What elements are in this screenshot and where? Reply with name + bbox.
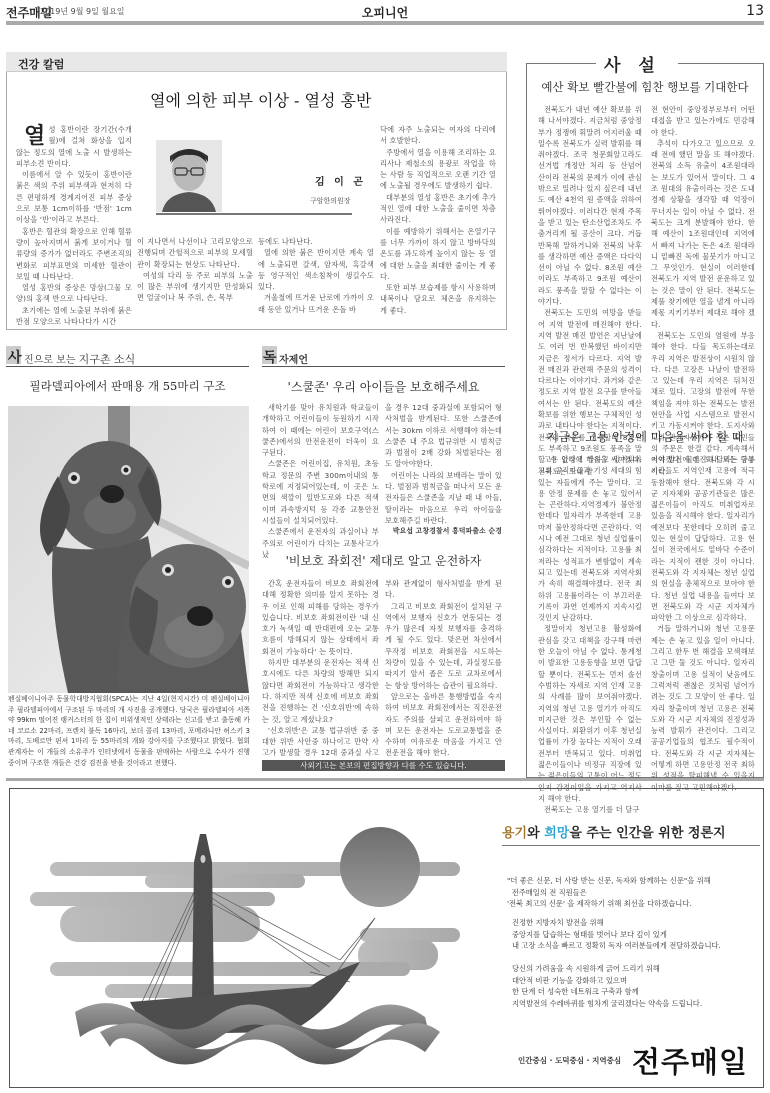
editorial-1-col1: 전북도가 내년 예산 확보를 위해 나서야겠다. 지금처럼 중앙정부가 정쟁에 … (538, 104, 642, 477)
paragraph: 등에도 나타난다. (258, 236, 374, 247)
paragraph: 부와 관계없이 형사처벌을 받게 된다. (385, 578, 502, 601)
paragraph: 고용 안정에 마음을 써야겠다. 고위 공직자들과 기성 세대의 힘있는 자들에… (538, 454, 642, 623)
paragraph: 전북도는 도민의 여망을 받들어 지역 발전에 매진해야 한다. 지역 발전 매… (538, 307, 642, 476)
editorial-1-col2: 전 현안이 중앙정부로부터 어떤 대접을 받고 있는가에도 민감해야 한다. 추… (651, 104, 755, 477)
ad-headline-hope: 희망 (544, 826, 569, 841)
reader-column-label: 자제언 (279, 351, 308, 366)
ad-divider (502, 845, 760, 846)
contributor-disclaimer: 사외기고는 본보의 편집방향과 다를 수도 있습니다. (262, 760, 505, 771)
photo-news-divider (6, 366, 249, 367)
paragraph: 앞으로는 올바른 통행방법을 숙지하여 비보호 좌회전에서는 직진운전자도 주의… (385, 691, 502, 759)
photo-news-label-initial: 사 (8, 347, 22, 367)
editorial-title-2[interactable]: 지금은 고용 안정에 마음을 써야 할 때 (526, 428, 764, 445)
ad-paragraph-2: 진정한 지방자치 발전을 위해 중앙지를 답습하는 형태를 벗어나 보다 깊이 … (512, 917, 770, 952)
paragraph: 또한 피부 보습제를 항시 사용하며 내복이나 담요로 체온을 유지하는 게 좋… (380, 282, 496, 316)
editorial-2-col2: 어야겠다. 물론 도내 모든 공공기관들도 지역인재 고용에 적극 동참해야 한… (651, 454, 755, 793)
byline: 박요섭 고창경찰서 흥덕파출소 순경 (385, 526, 502, 537)
editorial-top-rule-right (678, 63, 764, 64)
ad-line: 중앙지를 답습하는 형태를 벗어나 보다 깊이 있게 (512, 929, 770, 941)
ad-line: 당신의 가려움을 속 시원하게 긁어 드리기 위해 (512, 963, 770, 975)
health-column-text-col3: 등에도 나타난다. 열에 의한 붉은 반이지만 계속 열에 노출되면 갈색, 암… (258, 236, 374, 315)
ad-paragraph-3: 당신의 가려움을 속 시원하게 긁어 드리기 위해 대안적 비판 기능을 강화하… (512, 963, 770, 1009)
ad-paragraph-1: "더 좋은 신문, 더 사랑 받는 신문, 독자와 함께하는 신문"을 위해 전… (507, 875, 767, 910)
photo-news-caption: 펜실베이니아주 동물학대방지협회(SPCA)는 지난 4일(현지시간) 미 펜실… (8, 694, 250, 768)
paragraph: 닥에 자주 노출되는 여자의 다리에서 호발한다. (380, 124, 496, 147)
editorial-title-1[interactable]: 예산 확보 빨간불에 힘찬 행보를 기대한다 (526, 79, 764, 95)
photo-news-label: 진으로 보는 지구촌 소식 (24, 351, 135, 367)
paragraph: 스쿨존은 어린이집, 유치원, 초등학교 정문의 주변 300m이내의 통학로에… (262, 458, 379, 526)
paragraph: 전북도가 내년 예산 확보를 위해 나서야겠다. 지금처럼 중앙정부가 정쟁에 … (538, 104, 642, 307)
ad-illustration (30, 812, 470, 1072)
health-column-text-col4: 닥에 자주 노출되는 여자의 다리에서 호발한다. 주방에서 열을 이용해 조리… (380, 124, 496, 316)
ad-line: 전주매일의 전 직원들은 (507, 887, 767, 899)
paragraph: 겨울철에 뜨거운 난로에 가까이 오래 동안 있거나 뜨거운 온돌 바 (258, 292, 374, 315)
paragraph: 거듭 말하거니와 청년 고용문제는 손 놓고 있을 일이 아니다. 그리고 한두… (651, 623, 755, 792)
paragraph: 전 현안이 중앙정부로부터 어떤 대접을 받고 있는가에도 민감해야 한다. (651, 104, 755, 138)
paragraph: 을 경우 12대 중과실에 포함되어 형사처벌을 받게된다. 또한 스쿨존에서는… (385, 402, 502, 470)
reader-column-label-initial: 독 (263, 347, 277, 367)
paragraph: 이 지나면서 나선이나 고리모양으로 진행되며 간헐적으로 피부의 모세혈관이 … (137, 236, 253, 270)
reader-article-2-col2: 부와 관계없이 형사처벌을 받게 된다. 그리고 비보호 좌회전이 설치된 구역… (385, 578, 502, 770)
section-title: 오피니언 (0, 4, 770, 21)
paragraph: 주방에서 열을 이용해 조리하는 요리사나 제철소의 용광로 작업을 하는 사람… (380, 147, 496, 192)
ad-headline: 용기와 희망을 주는 인간을 위한 정론지 (502, 822, 726, 841)
editorial-label: 사 설 (604, 51, 661, 76)
ad-line: 진정한 지방자치 발전을 위해 (512, 917, 770, 929)
ad-line: 대안적 비판 기능을 강화하고 있으며 (512, 975, 770, 987)
photo-news-title[interactable]: 필라델피아에서 판매용 개 55마리 구조 (6, 378, 249, 394)
dropcap: 열 (24, 126, 45, 146)
author-photo (156, 140, 222, 212)
section-divider (6, 778, 764, 781)
paragraph: 열성 홍반의 증상은 망상(그물 모양)의 홍색 반으로 나타난다. (16, 282, 132, 305)
editorial-top-rule-left (526, 63, 596, 64)
author-portrait-icon (156, 140, 222, 212)
page-number: 13 (746, 3, 764, 19)
reader-article-title-2[interactable]: '비보호 좌회전' 제대로 알고 운전하자 (262, 552, 505, 569)
paragraph: 이를 예방하기 위해서는 온열기구를 너무 가까이 하지 않고 방바닥의 온도를… (380, 226, 496, 282)
paragraph: 그리고 비보호 좌회전이 설치된 구역에서 보행자 신호가 연동되는 경우가 많… (385, 601, 502, 691)
photo-news-label-emphasis: 지구촌 소식 (79, 353, 136, 366)
pen-nib-sailboat-icon (30, 812, 470, 1072)
health-column-text-col2: 이 지나면서 나선이나 고리모양으로 진행되며 간헐적으로 피부의 모세혈관이 … (137, 236, 253, 304)
ad-line: '전북 최고의 신문' 을 제작하기 위해 최선을 다하겠습니다. (507, 898, 767, 910)
two-puppies-photo-icon (8, 406, 249, 693)
reader-article-1-col2: 을 경우 12대 중과실에 포함되어 형사처벌을 받게된다. 또한 스쿨존에서는… (385, 402, 502, 538)
paragraph: 하지만 대부분의 운전자는 적색 신호시에도 다른 차량의 방해만 되지 않다면… (262, 657, 379, 725)
photo-news-label-text: 진으로 보는 (24, 355, 79, 366)
paragraph: 어야겠다. 물론 도내 모든 공공기관들도 지역인재 고용에 적극 동참해야 한… (651, 454, 755, 623)
paragraph: 새학기를 맞아 유치원과 학교들이 개학하고 어린이들이 등원하기 시작하여 이… (262, 402, 379, 458)
reader-article-title-1[interactable]: '스쿨존' 우리 아이들을 보호해주세요 (262, 378, 505, 395)
newspaper-logo: 전주매일 (632, 1040, 748, 1081)
paragraph: 홍반은 혈관의 확장으로 인해 혈류량이 높아지며서 붉게 보이거나 혈류량의 … (16, 226, 132, 282)
paragraph: 초기에는 열에 노출된 부위에 붉은 반점 모양으로 나타나다가 시간 (16, 305, 132, 328)
reader-column-divider (262, 366, 505, 367)
author-title: 구암한의원장 (310, 196, 351, 206)
health-column-title[interactable]: 열에 의한 피부 이상 - 열성 홍반 (150, 88, 371, 111)
author-divider (156, 213, 352, 215)
paragraph: 어린이는 나라의 보배라는 말이 있다. 벌점과 범칙금을 떠나서 모든 운전자… (385, 470, 502, 526)
paragraph: 열에 의한 붉은 반이지만 계속 열에 노출되면 갈색, 암자색, 흑갈색 등 … (258, 247, 374, 292)
paragraph: 간혹 운전자들이 비보호 좌회전에 대해 정확한 의미를 알지 못하는 경우 이… (262, 578, 379, 657)
ad-headline-text: 을 주는 인간을 위한 정론지 (569, 826, 725, 841)
reader-article-1-col1: 새학기를 맞아 유치원과 학교들이 개학하고 어린이들이 등원하기 시작하여 이… (262, 402, 379, 560)
photo-news-image (8, 406, 249, 693)
author-name: 김 이 곤 (315, 173, 366, 188)
ad-headline-text: 와 (527, 826, 544, 841)
ad-motto: 인간중심 · 도덕중심 · 지역중심 (518, 1055, 621, 1066)
paragraph: 추석이 다가오고 있으므로 오래 전에 했던 말을 또 해야겠다. 전북의 소득… (651, 138, 755, 330)
ad-line: 지역발전의 수레바퀴를 힘차게 굴리겠다는 약속을 드립니다. (512, 998, 770, 1010)
paragraph: 대부분의 열성 홍반은 초기에 추가적인 열에 대한 노출을 줄이면 차츰 사라… (380, 192, 496, 226)
ad-line: "더 좋은 신문, 더 사랑 받는 신문, 독자와 함께하는 신문"을 위해 (507, 875, 767, 887)
ad-line: 내 고장 소식을 빠르고 정확히 독자 여러분들에게 전달하겠습니다. (512, 940, 770, 952)
ad-line: 한 단계 더 성숙한 네트워크 구축과 함께 (512, 986, 770, 998)
reader-article-2-col1: 간혹 운전자들이 비보호 좌회전에 대해 정확한 의미를 알지 못하는 경우 이… (262, 578, 379, 770)
health-column-text-col1: 열 성 홍반이란 장기간(수개월)에 걸쳐 화상을 입지 않는 정도의 열에 노… (16, 124, 132, 327)
editorial-2-col1: 고용 안정에 마음을 써야겠다. 고위 공직자들과 기성 세대의 힘있는 자들에… (538, 454, 642, 816)
paragraph: 여성의 다리 등 주로 피부의 노출이 많은 부위에 생기지만 만성화되면 얼굴… (137, 270, 253, 304)
header-divider (6, 21, 764, 25)
ad-headline-courage: 용기 (502, 826, 527, 841)
health-column-label: 건강 칼럼 (18, 56, 64, 72)
paragraph: 이름에서 알 수 있듯이 홍반이란 붉은 색의 주위 피부색과 현저히 다른 편… (16, 169, 132, 225)
health-column-tab (6, 52, 507, 72)
